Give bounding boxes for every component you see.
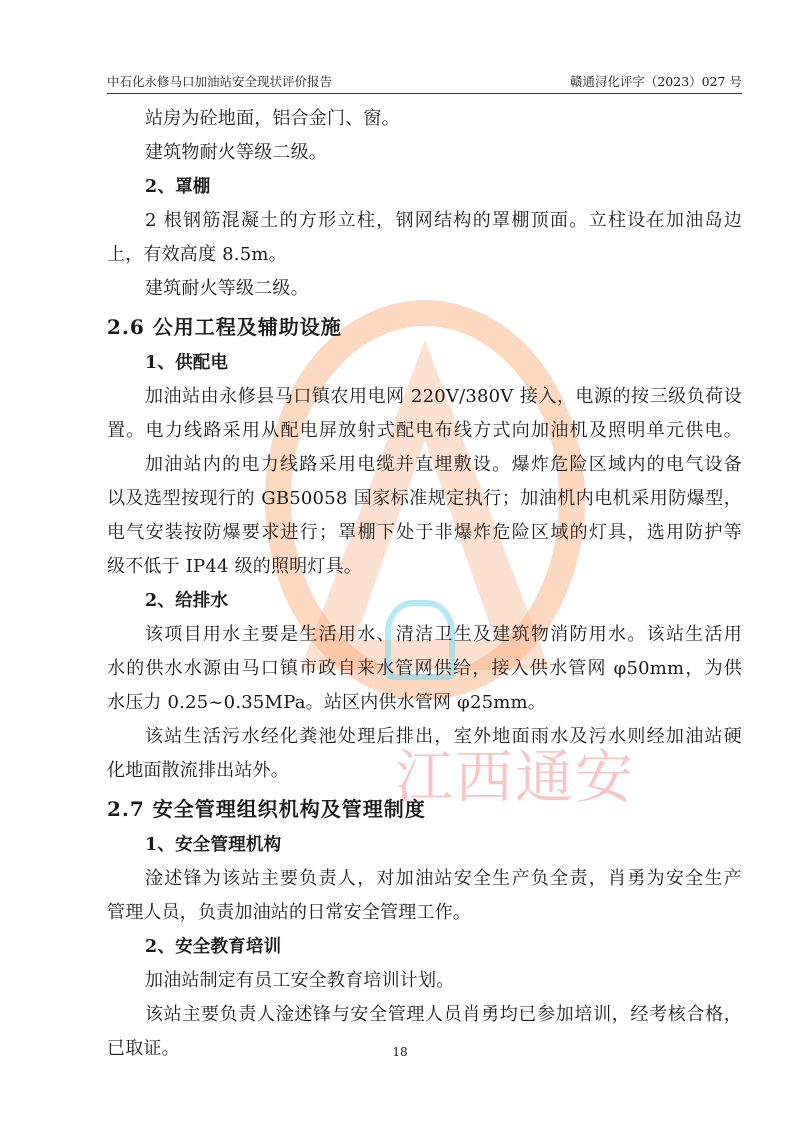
paragraph: 建筑耐火等级二级。 [107,272,742,306]
paragraph-line: 化地面散流排出站外。 [107,754,742,788]
page-header: 中石化永修马口加油站安全现状评价报告 赣通浔化评字（2023）027 号 [107,68,742,94]
paragraph: 加油站制定有员工安全教育培训计划。 [107,964,742,998]
paragraph-line: 该站主要负责人淦述锋与安全管理人员肖勇均已参加培训，经考核合格， [107,998,742,1032]
subsection-heading: 2、罩棚 [107,170,742,204]
paragraph-line: 以及选型按现行的 GB50058 国家标准规定执行；加油机内电机采用防爆型， [107,482,742,516]
report-title: 中石化永修马口加油站安全现状评价报告 [107,72,332,90]
paragraph-line: 水的供水水源由马口镇市政自来水管网供给，接入供水管网 φ50mm，为供 [107,652,742,686]
paragraph: 建筑物耐火等级二级。 [107,136,742,170]
section-heading: 2.7 安全管理组织机构及管理制度 [107,790,742,828]
paragraph-line: 管理人员，负责加油站的日常安全管理工作。 [107,896,742,930]
paragraph-line: 加油站内的电力线路采用电缆并直埋敷设。爆炸危险区域内的电气设备 [107,448,742,482]
document-body: 站房为砼地面，铝合金门、窗。 建筑物耐火等级二级。 2、罩棚 2 根钢筋混凝土的… [107,102,742,1066]
document-page: 江西通安 中石化永修马口加油站安全现状评价报告 赣通浔化评字（2023）027 … [0,0,800,1131]
paragraph-line: 置。电力线路采用从配电屏放射式配电布线方式向加油机及照明单元供电。 [107,414,742,448]
paragraph-line: 淦述锋为该站主要负责人，对加油站安全生产负全责，肖勇为安全生产 [107,862,742,896]
paragraph-line: 水压力 0.25~0.35MPa。站区内供水管网 φ25mm。 [107,686,742,720]
paragraph-line: 电气安装按防爆要求进行；罩棚下处于非爆炸危险区域的灯具，选用防护等 [107,516,742,550]
paragraph: 站房为砼地面，铝合金门、窗。 [107,102,742,136]
subsection-heading: 2、给排水 [107,584,742,618]
paragraph-line: 该站生活污水经化粪池处理后排出，室外地面雨水及污水则经加油站硬 [107,720,742,754]
paragraph-line: 加油站由永修县马口镇农用电网 220V/380V 接入，电源的按三级负荷设 [107,380,742,414]
subsection-heading: 2、安全教育培训 [107,930,742,964]
paragraph-line: 该项目用水主要是生活用水、清洁卫生及建筑物消防用水。该站生活用 [107,618,742,652]
subsection-heading: 1、安全管理机构 [107,828,742,862]
paragraph-line: 上，有效高度 8.5m。 [107,238,742,272]
section-heading: 2.6 公用工程及辅助设施 [107,308,742,346]
page-number: 18 [0,1045,800,1059]
paragraph-line: 2 根钢筋混凝土的方形立柱，钢网结构的罩棚顶面。立柱设在加油岛边 [107,204,742,238]
document-number: 赣通浔化评字（2023）027 号 [570,72,742,90]
paragraph-line: 级不低于 IP44 级的照明灯具。 [107,550,742,584]
subsection-heading: 1、供配电 [107,346,742,380]
